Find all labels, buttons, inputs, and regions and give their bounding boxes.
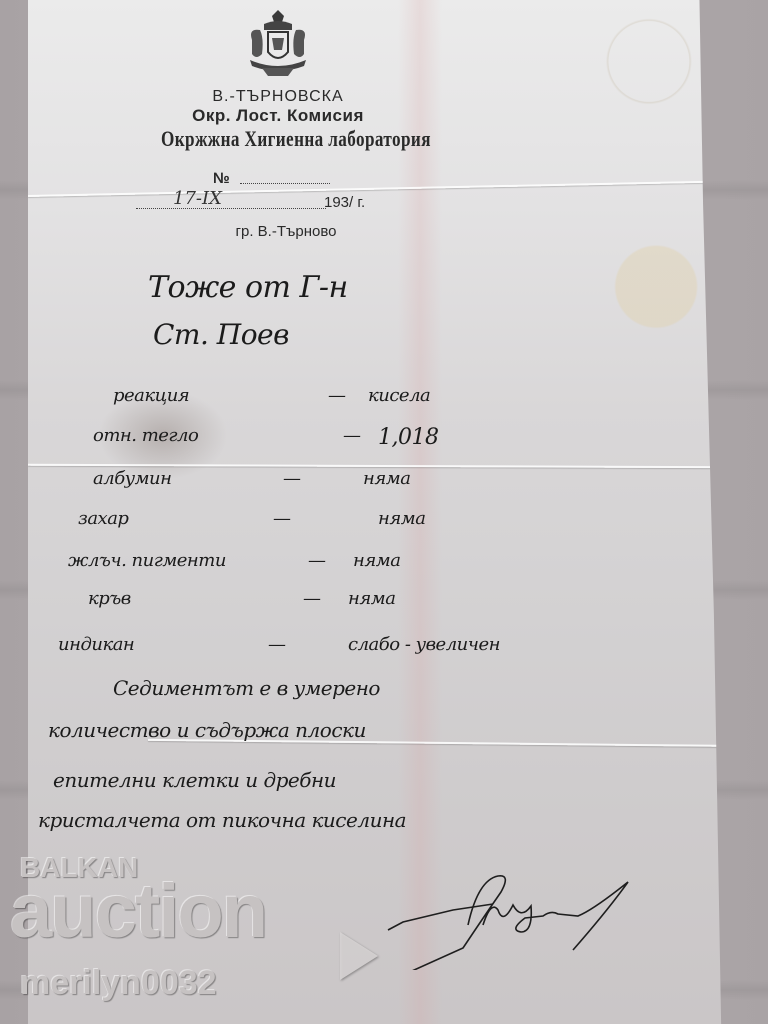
date-dotted-line: [136, 208, 326, 209]
letterhead-region: В.-ТЪРНОВСКА: [128, 88, 428, 106]
result-row: кръв — няма: [58, 588, 658, 618]
result-key: отн. тегло: [93, 425, 198, 446]
result-row: реакция — кисела: [58, 385, 658, 415]
result-dash: —: [343, 425, 361, 446]
number-label: №: [213, 170, 230, 187]
result-key: кръв: [88, 588, 131, 609]
result-row: захар — няма: [58, 508, 658, 538]
number-dotted-line: [240, 183, 330, 184]
date-year: 193/ г.: [324, 194, 365, 211]
body-line-4: кристалчета от пикочна киселина: [38, 808, 406, 832]
coat-of-arms-icon: [242, 10, 314, 80]
play-icon: [340, 932, 378, 980]
result-value: кисела: [368, 385, 430, 406]
result-dash: —: [268, 634, 286, 655]
fold-line: [28, 181, 708, 197]
result-value: 1,018: [378, 425, 438, 450]
salutation-line-1: Тоже от Г-н: [148, 270, 348, 305]
result-row: индикан — слабо - увеличен: [58, 634, 658, 664]
letterhead-laboratory: Окржжна Хигиенна лаборатория: [161, 126, 395, 152]
result-value: слабо - увеличен: [348, 634, 500, 655]
result-row: жлъч. пигменти — няма: [58, 550, 658, 580]
letterhead-commission: Окр. Лост. Комисия: [128, 106, 428, 126]
result-key: индикан: [58, 634, 134, 655]
watermark-word: auction: [10, 868, 266, 955]
result-key: захар: [78, 508, 128, 529]
result-row: албумин — няма: [58, 468, 658, 498]
result-dash: —: [283, 468, 301, 489]
result-value: няма: [353, 550, 400, 571]
result-dash: —: [303, 588, 321, 609]
result-key: жлъч. пигменти: [68, 550, 226, 571]
letterhead: В.-ТЪРНОВСКА Окр. Лост. Комисия Окржжна …: [128, 10, 428, 152]
result-key: реакция: [113, 385, 189, 406]
result-row: отн. тегло — 1,018: [58, 425, 658, 455]
result-key: албумин: [93, 468, 172, 489]
result-dash: —: [308, 550, 326, 571]
letterhead-city: гр. В.-Търново: [128, 223, 436, 240]
salutation-line-2: Ст. Поев: [153, 318, 289, 351]
result-dash: —: [328, 385, 346, 406]
body-line-3: епителни клетки и дребни: [53, 768, 336, 792]
result-value: няма: [363, 468, 410, 489]
result-value: няма: [378, 508, 425, 529]
date-handwritten: 17-IX: [173, 188, 222, 209]
result-value: няма: [348, 588, 395, 609]
result-dash: —: [273, 508, 291, 529]
body-line-2: количество и съдържа плоски: [48, 718, 366, 742]
body-line-1: Седиментът е в умерено: [113, 676, 380, 700]
signature: [383, 870, 643, 970]
watermark-user: merilyn0032: [20, 964, 217, 1003]
